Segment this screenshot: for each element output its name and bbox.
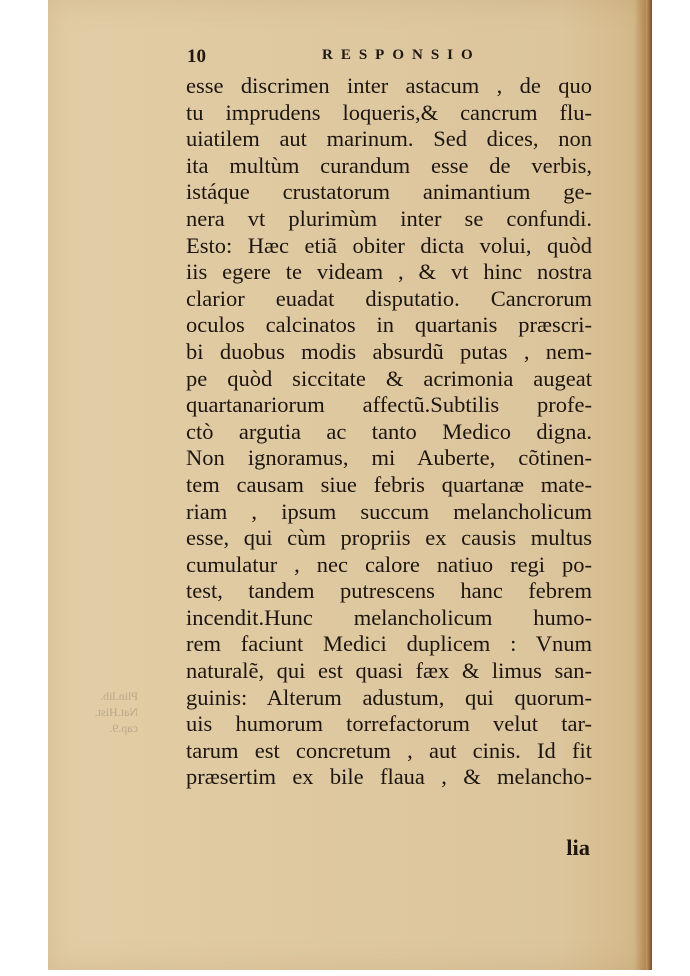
text-line: riam , ipsum succum melancholicum <box>186 499 592 526</box>
body-text: esse discrimen inter astacum , de quo tu… <box>186 73 592 791</box>
text-line: esse discrimen inter astacum , de quo <box>186 73 592 100</box>
text-line: rem faciunt Medici duplicem : Vnum <box>186 631 592 658</box>
text-line: ita multùm curandum esse de verbis, <box>186 153 592 180</box>
running-head: RESPONSIO <box>322 47 481 64</box>
text-line: tem causam siue febris quartanæ mate- <box>186 472 592 499</box>
text-line: Esto: Hæc etiã obiter dicta volui, quòd <box>186 233 592 260</box>
text-line: iis egere te videam , & vt hinc nostra <box>186 259 592 286</box>
text-line: istáque crustatorum animantium ge- <box>186 179 592 206</box>
bleed-line: Plin.lib. <box>78 688 138 704</box>
text-line: quartanariorum affectũ.Subtilis profe- <box>186 392 592 419</box>
text-line: oculos calcinatos in quartanis præscri- <box>186 312 592 339</box>
text-line: præsertim ex bile flaua , & melancho- <box>186 764 592 791</box>
text-line: pe quòd siccitate & acrimonia augeat <box>186 366 592 393</box>
text-line: uis humorum torrefactorum velut tar- <box>186 711 592 738</box>
text-line: ctò argutia ac tanto Medico digna. <box>186 419 592 446</box>
text-line: esse, qui cùm propriis ex causis multus <box>186 525 592 552</box>
scanned-book-page-view: Plin.lib. Nat.Hist. cap.9. 10 RESPONSIO … <box>0 0 690 976</box>
text-line: naturalẽ, qui est quasi fæx & limus san- <box>186 658 592 685</box>
page-edge-shadow <box>646 0 652 970</box>
text-line: tarum est concretum , aut cinis. Id fit <box>186 738 592 765</box>
text-line: incendit.Hunc melancholicum humo- <box>186 605 592 632</box>
text-line: cumulatur , nec calore natiuo regi po- <box>186 552 592 579</box>
bleed-line: Nat.Hist. <box>78 704 138 720</box>
text-line: tu imprudens loqueris,& cancrum flu- <box>186 100 592 127</box>
text-line: uiatilem aut marinum. Sed dices, non <box>186 126 592 153</box>
text-line: bi duobus modis absurdũ putas , nem- <box>186 339 592 366</box>
page-number: 10 <box>187 46 206 68</box>
page-header: 10 RESPONSIO <box>187 44 590 70</box>
bleed-through-margin-note: Plin.lib. Nat.Hist. cap.9. <box>78 688 138 736</box>
bleed-line: cap.9. <box>78 720 138 736</box>
text-line: test, tandem putrescens hanc febrem <box>186 578 592 605</box>
text-line: guinis: Alterum adustum, qui quorum- <box>186 685 592 712</box>
text-line: nera vt plurimùm inter se confundi. <box>186 206 592 233</box>
catchword: lia <box>186 835 590 861</box>
text-line: Non ignoramus, mi Auberte, cõtinen- <box>186 445 592 472</box>
text-line: clarior euadat disputatio. Cancrorum <box>186 286 592 313</box>
